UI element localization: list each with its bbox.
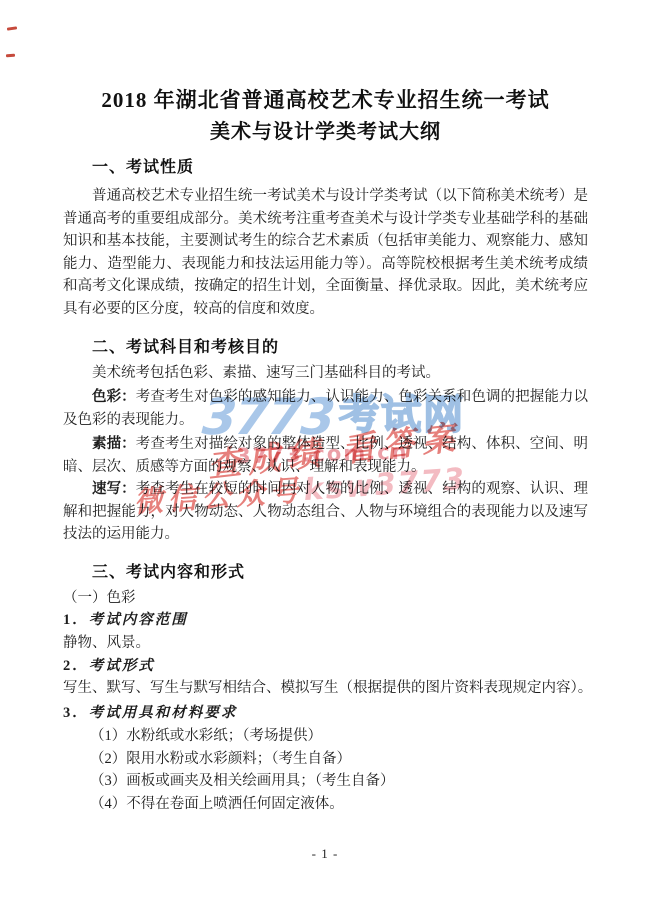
paragraph-text: 美术统考包括色彩、素描、速写三门基础科目的考试。 — [92, 365, 440, 381]
material-requirement-item: （2）限用水粉或水彩颜料；（考生自备） — [63, 748, 615, 771]
item2-content: 写生、默写、写生与默写相结合、模拟写生（根据提供的图片资料表现规定内容）。 — [63, 677, 588, 700]
item2-title: 2．考试形式 — [63, 655, 588, 678]
item1-number: 1． — [63, 612, 89, 628]
item1-label: 考试内容范围 — [89, 612, 188, 628]
red-pen-mark — [6, 54, 15, 58]
item2-number: 2． — [63, 658, 89, 674]
section1-paragraph: 普通高校艺术专业招生统一考试美术与设计学类考试（以下简称美术统考）是普通高考的重… — [63, 185, 588, 321]
section2-sketch-paragraph: 素描：考查考生对描绘对象的整体造型、比例、透视、结构、体积、空间、明暗、层次、质… — [63, 433, 588, 478]
paragraph-text: 考查考生对描绘对象的整体造型、比例、透视、结构、体积、空间、明暗、层次、质感等方… — [63, 436, 588, 475]
item1-content: 静物、风景。 — [63, 632, 588, 655]
paragraph-text: 考查考生在较短的时间内对人物的比例、透视、结构的观察、认识、理解和把握能力，对人… — [63, 481, 588, 542]
section2-intro: 美术统考包括色彩、素描、速写三门基础科目的考试。 — [63, 362, 588, 385]
red-pen-mark — [7, 26, 17, 30]
section-heading-1: 一、考试性质 — [63, 154, 617, 177]
section-heading-3: 三、考试内容和形式 — [63, 559, 617, 582]
material-requirement-item: （1）水粉纸或水彩纸；（考场提供） — [63, 725, 615, 748]
paragraph-text: 普通高校艺术专业招生统一考试美术与设计学类考试（以下简称美术统考）是普通高考的重… — [63, 188, 588, 317]
item3-title: 3．考试用具和材料要求 — [63, 702, 588, 725]
paragraph-label: 色彩： — [92, 389, 136, 405]
section2-quicksketch-paragraph: 速写：考查考生在较短的时间内对人物的比例、透视、结构的观察、认识、理解和把握能力… — [63, 478, 588, 546]
paragraph-text: 考查考生对色彩的感知能力、认识能力、色彩关系和色调的把握能力以及色彩的表现能力。 — [63, 389, 588, 428]
document-title-line1: 2018 年湖北省普通高校艺术专业招生统一考试 — [63, 84, 588, 114]
item1-title: 1．考试内容范围 — [63, 609, 588, 632]
paragraph-label: 速写： — [92, 481, 136, 497]
material-requirement-item: （3）画板或画夹及相关绘画用具；（考生自备） — [63, 770, 615, 793]
item3-label: 考试用具和材料要求 — [89, 705, 238, 721]
document-title-line2: 美术与设计学类考试大纲 — [63, 115, 588, 144]
section3-subheading: （一）色彩 — [63, 587, 588, 610]
item2-label: 考试形式 — [89, 658, 155, 674]
paragraph-label: 素描： — [92, 436, 136, 452]
document-page: 2018 年湖北省普通高校艺术专业招生统一考试 美术与设计学类考试大纲 一、考试… — [0, 0, 650, 919]
section-heading-2: 二、考试科目和考核目的 — [63, 334, 617, 357]
material-requirement-item: （4）不得在卷面上喷洒任何固定液体。 — [63, 793, 615, 816]
page-number: - 1 - — [0, 846, 650, 862]
item3-number: 3． — [63, 705, 89, 721]
section2-color-paragraph: 色彩：考查考生对色彩的感知能力、认识能力、色彩关系和色调的把握能力以及色彩的表现… — [63, 386, 588, 431]
